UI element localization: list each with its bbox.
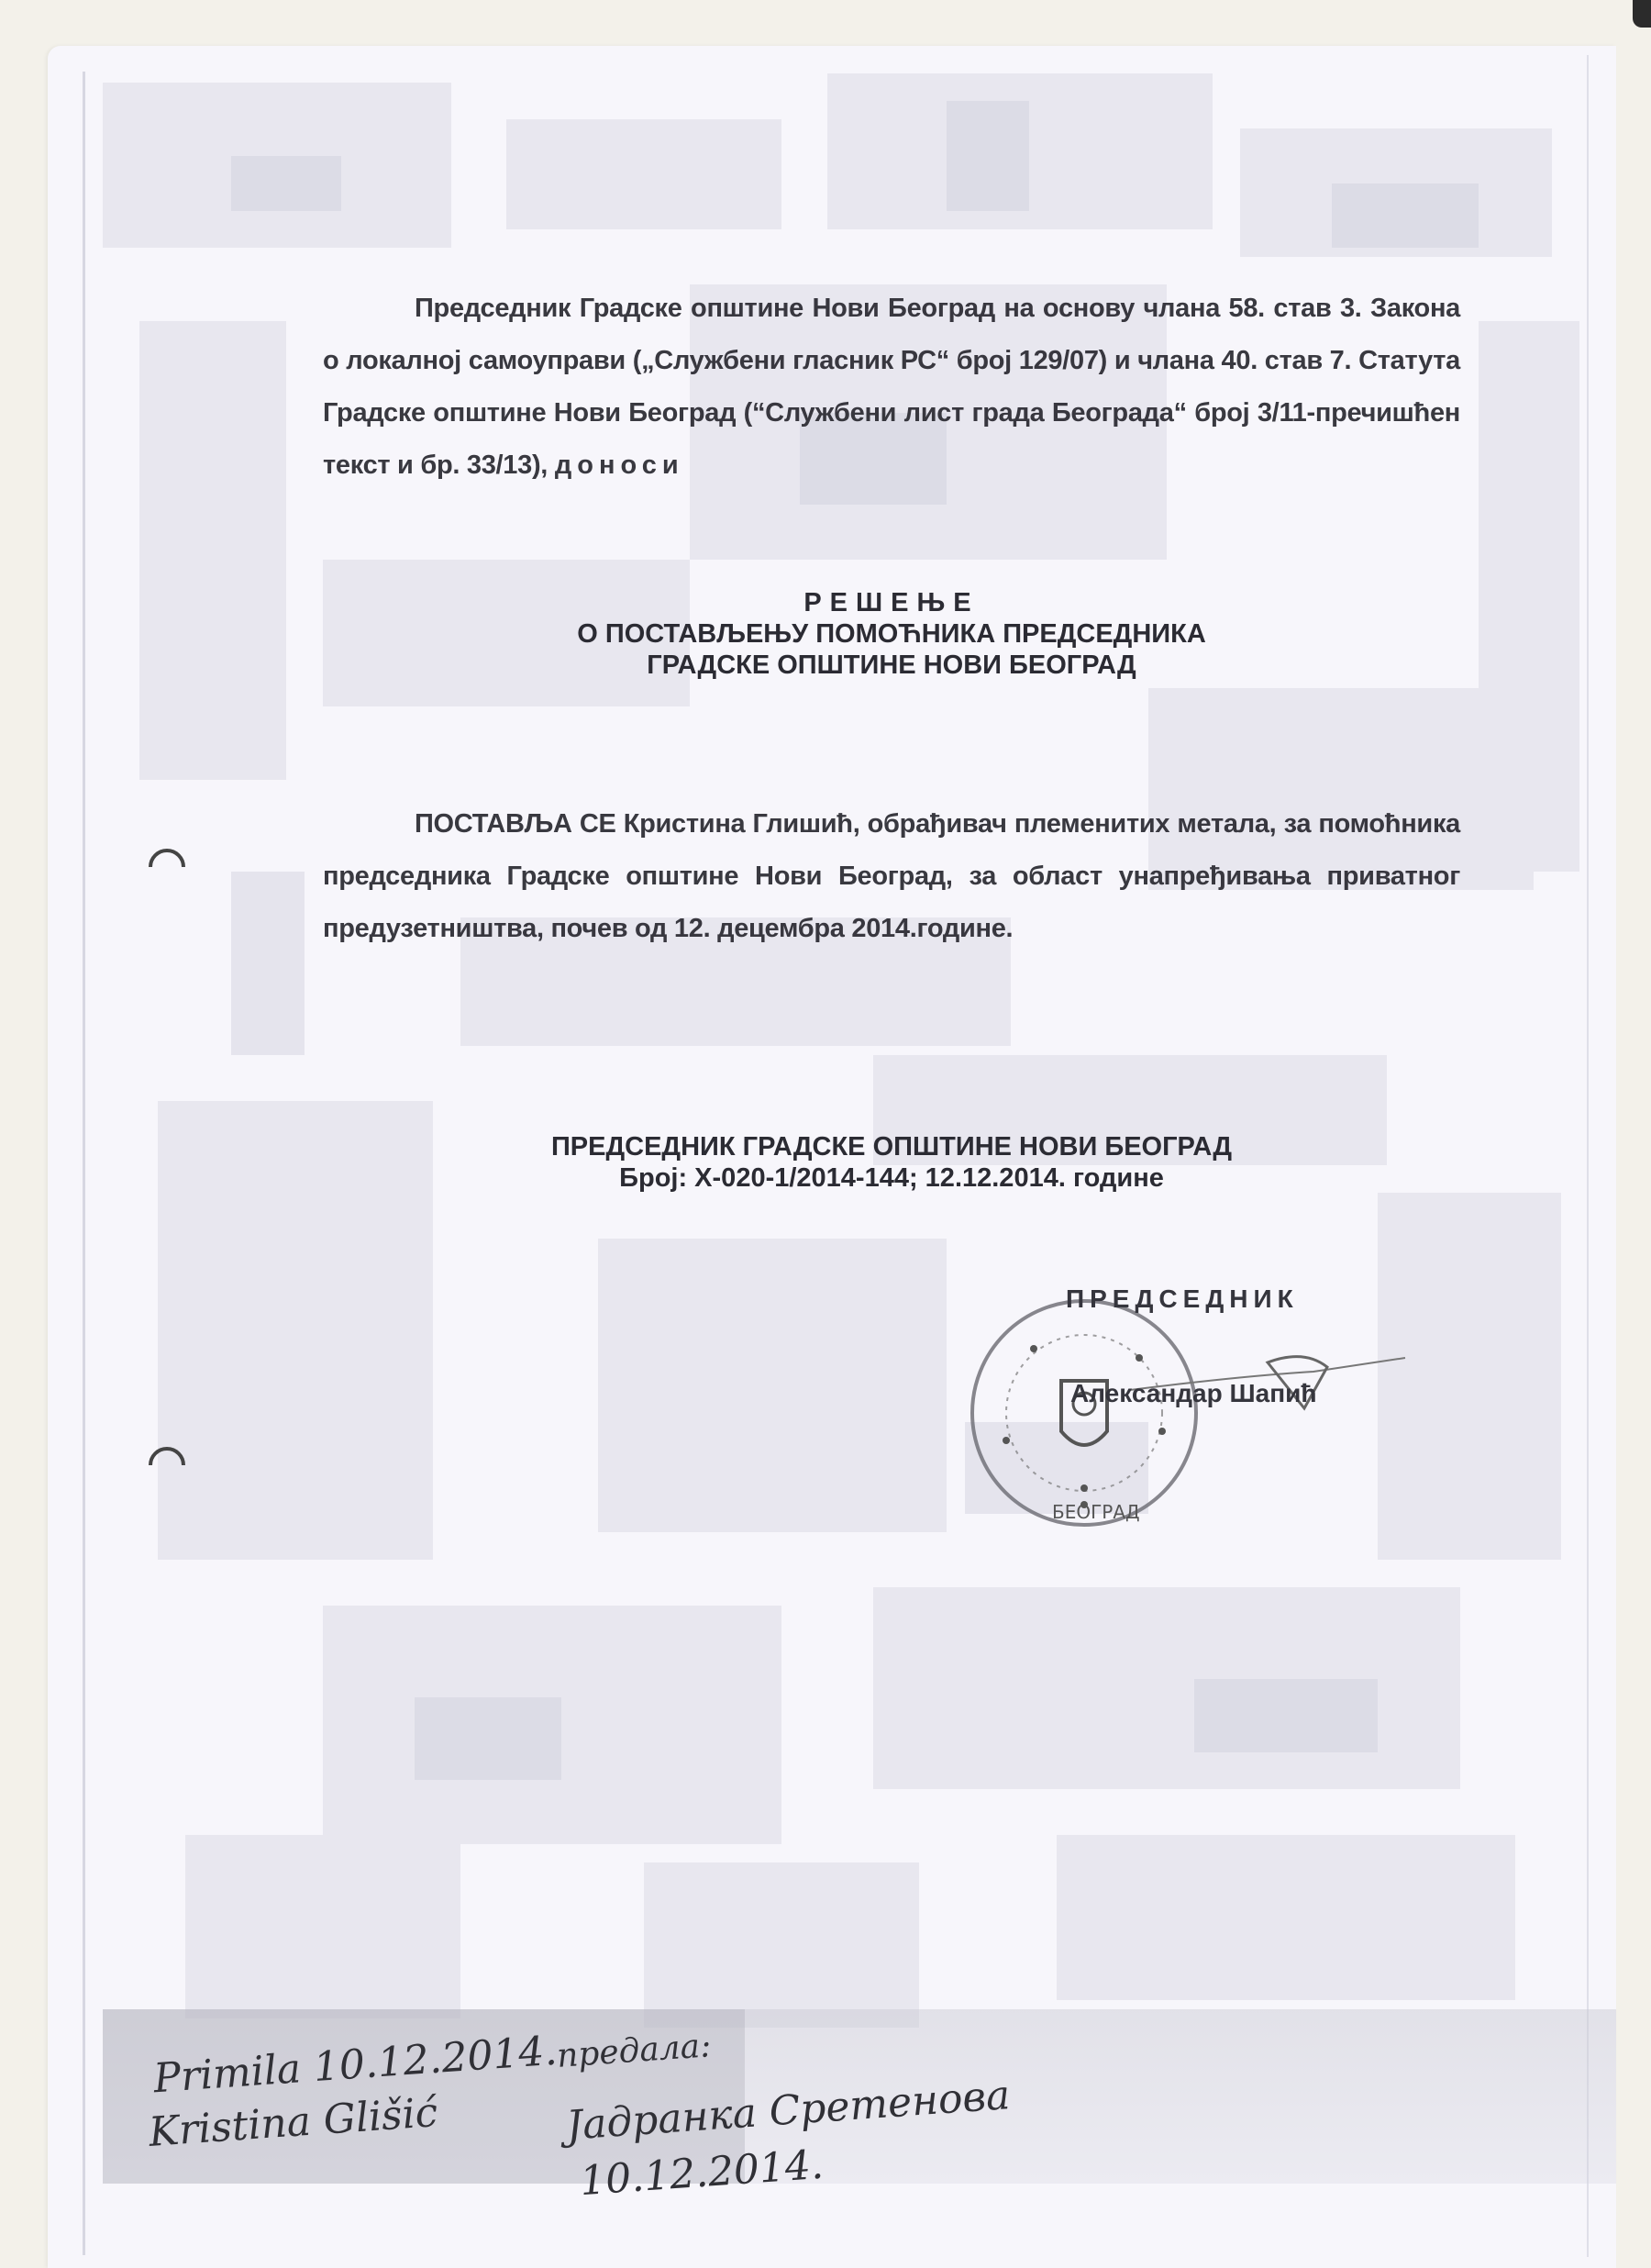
preamble-paragraph: Председник Градске општине Нови Београд … bbox=[323, 283, 1460, 492]
title-line-1: О ПОСТАВЉЕЊУ ПОМОЋНИКА ПРЕДСЕДНИКА bbox=[323, 618, 1460, 650]
decision-title: РЕШЕЊЕ О ПОСТАВЉЕЊУ ПОМОЋНИКА ПРЕДСЕДНИК… bbox=[323, 587, 1460, 681]
document-body: Председник Градске општине Нови Београд … bbox=[48, 46, 1616, 2268]
handwritten-handed-name: Јадранка Сретенова bbox=[565, 2072, 1012, 2150]
handwritten-handed-date: 10.12.2014. bbox=[579, 2141, 825, 2205]
preamble-line: Председник Градске општине Нови Београд … bbox=[415, 294, 1331, 323]
decision-paragraph: ПОСТАВЉА СЕ Кристина Глишић, обрађивач п… bbox=[323, 798, 1460, 955]
signatory-name: Александар Шапић bbox=[1070, 1379, 1316, 1408]
issuer-line-1: ПРЕДСЕДНИК ГРАДСКЕ ОПШТИНЕ НОВИ БЕОГРАД bbox=[323, 1131, 1460, 1162]
title-heading: РЕШЕЊЕ bbox=[323, 587, 1460, 618]
svg-text:БЕОГРАД: БЕОГРАД bbox=[1052, 1501, 1140, 1523]
enacts-word: доноси bbox=[555, 450, 684, 480]
signatory-title: ПРЕДСЕДНИК bbox=[1066, 1284, 1299, 1314]
document-page: Председник Градске општине Нови Београд … bbox=[48, 46, 1616, 2268]
decision-lead: ПОСТАВЉА СЕ bbox=[415, 809, 616, 839]
handwritten-handed-label: предала: bbox=[556, 2027, 713, 2075]
issuer-block: ПРЕДСЕДНИК ГРАДСКЕ ОПШТИНЕ НОВИ БЕОГРАД … bbox=[323, 1131, 1460, 1194]
scan-edge-shadow bbox=[1633, 0, 1651, 28]
issuer-line-2: Број: X-020-1/2014-144; 12.12.2014. годи… bbox=[323, 1162, 1460, 1194]
title-line-2: ГРАДСКЕ ОПШТИНЕ НОВИ БЕОГРАД bbox=[323, 650, 1460, 681]
handwritten-received-date: Primila 10.12.2014. bbox=[152, 2028, 559, 2103]
